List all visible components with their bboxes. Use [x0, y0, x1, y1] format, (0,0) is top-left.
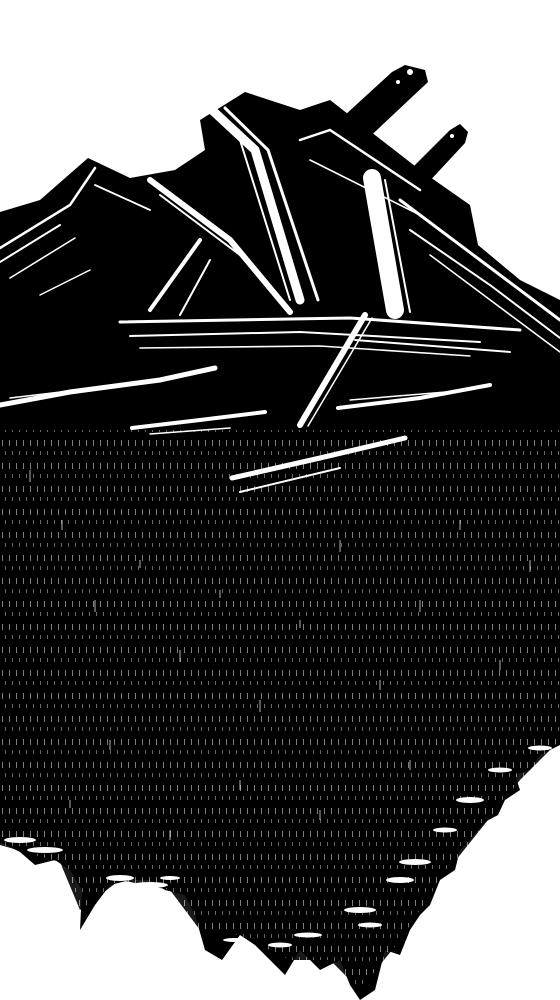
shipwreck-illustration — [0, 0, 560, 1000]
